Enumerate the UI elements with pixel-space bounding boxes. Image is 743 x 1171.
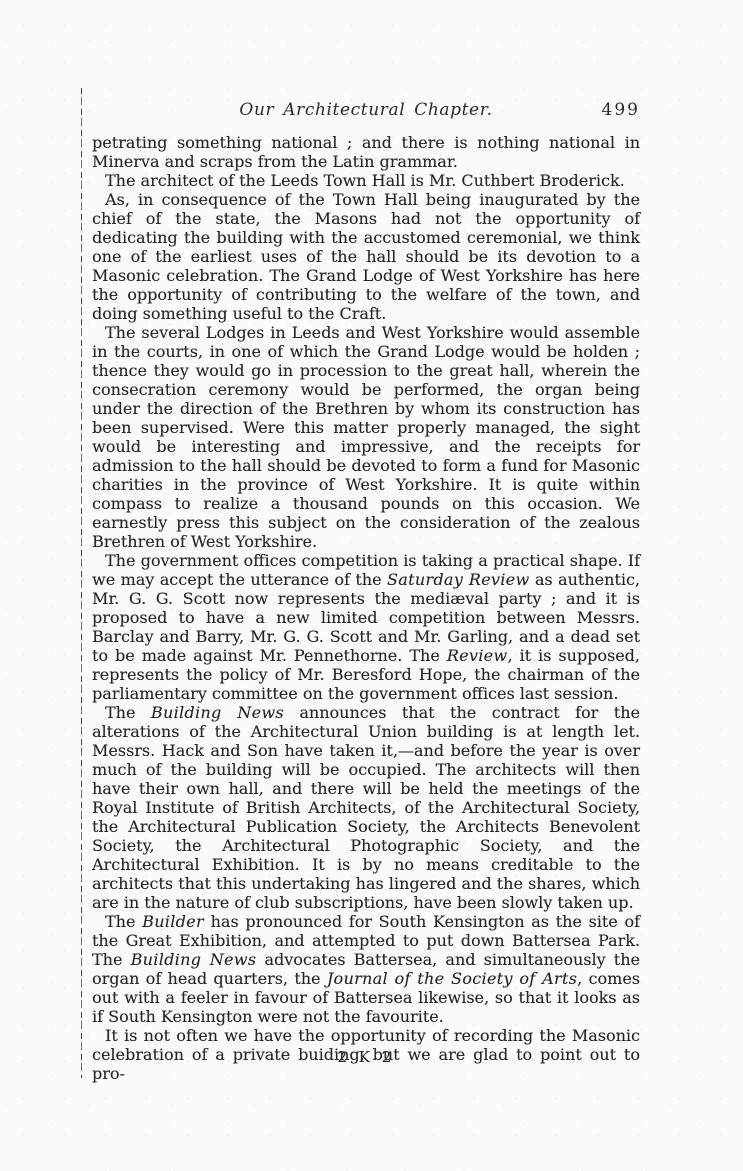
paragraph: As, in consequence of the Town Hall bein…	[92, 190, 640, 323]
italic-run: Building News	[151, 703, 284, 722]
signature-mark: 2 K 2	[92, 1048, 640, 1066]
italic-run: Saturday Review	[387, 570, 529, 589]
paragraph: petrating something national ; and there…	[92, 133, 640, 171]
paragraph: The Building News announces that the con…	[92, 703, 640, 912]
text-run: The	[105, 703, 151, 722]
page-number: 499	[602, 100, 640, 120]
chapter-title: Our Architectural Chapter.	[92, 100, 640, 120]
text-run: As, in consequence of the Town Hall bein…	[92, 190, 640, 323]
italic-run: Journal of the Society of Arts	[327, 969, 577, 988]
italic-run: Builder	[142, 912, 204, 931]
text-run: announces that the contract for the alte…	[92, 703, 640, 912]
paragraph: The Builder has pronounced for South Ken…	[92, 912, 640, 1026]
text-run: The	[105, 912, 142, 931]
paragraph: The several Lodges in Leeds and West Yor…	[92, 323, 640, 551]
scanned-page: Our Architectural Chapter. 499 petrating…	[0, 0, 743, 1171]
running-head: Our Architectural Chapter. 499	[92, 100, 640, 122]
text-run: The architect of the Leeds Town Hall is …	[105, 171, 625, 190]
text-run: petrating something national ; and there…	[92, 133, 640, 171]
binding-edge-line	[81, 88, 82, 1078]
text-run: The several Lodges in Leeds and West Yor…	[92, 323, 640, 551]
italic-run: Building News	[131, 950, 257, 969]
paragraph: The government offices competition is ta…	[92, 551, 640, 703]
body-text: petrating something national ; and there…	[92, 133, 640, 1083]
italic-run: Review	[447, 646, 508, 665]
paragraph: The architect of the Leeds Town Hall is …	[92, 171, 640, 190]
